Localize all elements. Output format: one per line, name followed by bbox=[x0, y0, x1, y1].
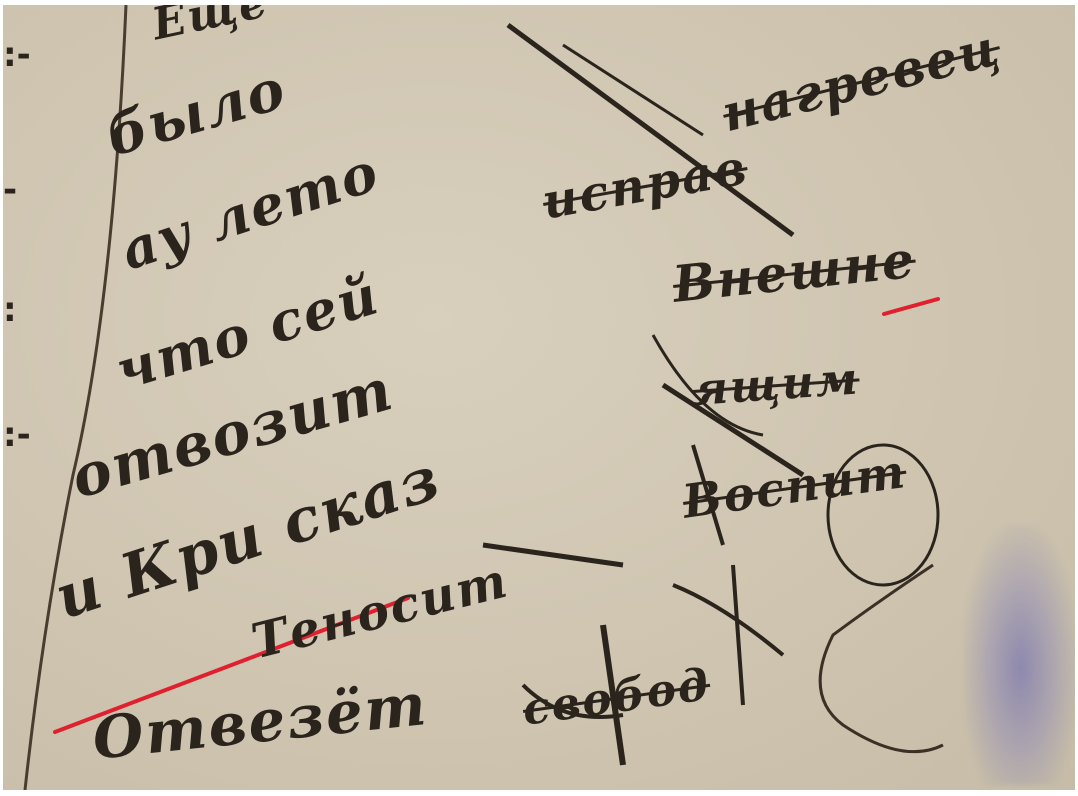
margin-mark: : bbox=[3, 290, 17, 330]
margin-mark: :- bbox=[3, 415, 31, 455]
manuscript-page: :- - : :- Ещё было ау лето что сей отвоз… bbox=[3, 5, 1075, 790]
margin-mark: :- bbox=[3, 35, 31, 75]
margin-mark: - bbox=[3, 170, 17, 210]
red-dash-annotation bbox=[884, 299, 938, 314]
